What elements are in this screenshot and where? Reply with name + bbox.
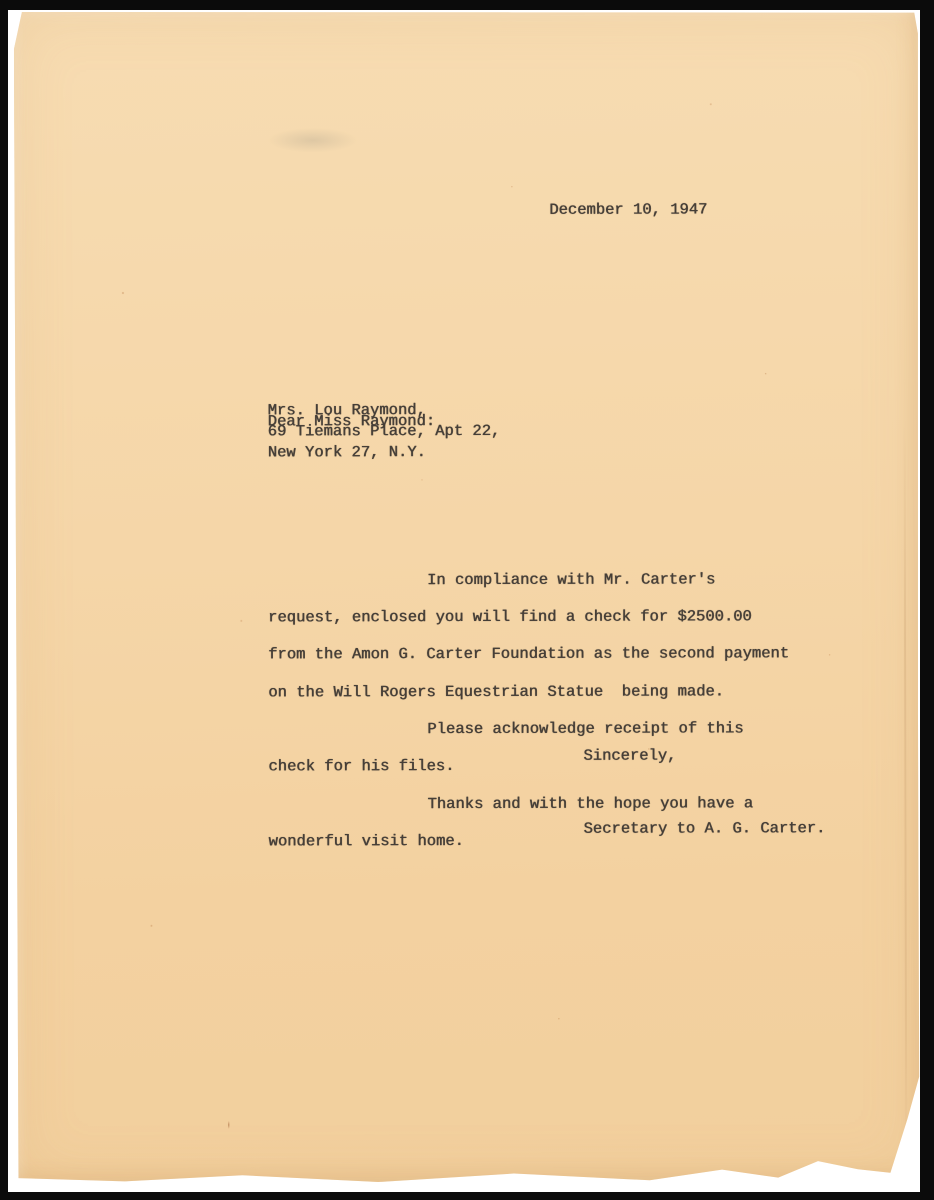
recipient-address: Mrs. Lou Raymond,69 Tiemans Place, Apt 2… xyxy=(267,337,500,463)
scan-background: December 10, 1947 Mrs. Lou Raymond,69 Ti… xyxy=(8,10,920,1192)
body-line: Please acknowledge receipt of this xyxy=(268,710,848,749)
body-line: In compliance with Mr. Carter's xyxy=(268,561,848,600)
body-line: Thanks and with the hope you have a xyxy=(268,785,848,824)
body-line: on the Will Rogers Equestrian Statue bei… xyxy=(268,673,848,712)
body-line: from the Amon G. Carter Foundation as th… xyxy=(268,636,848,675)
letter-paper: December 10, 1947 Mrs. Lou Raymond,69 Ti… xyxy=(14,10,921,1184)
salutation: Dear Miss Raymond: xyxy=(268,412,435,430)
body-line: check for his files. xyxy=(268,748,848,787)
body-line: request, enclosed you will find a check … xyxy=(268,598,848,637)
signature-line: Secretary to A. G. Carter. xyxy=(583,819,825,838)
letter-body: In compliance with Mr. Carter'srequest, … xyxy=(268,449,849,860)
letter-date: December 10, 1947 xyxy=(549,200,707,218)
closing: Sincerely, xyxy=(583,747,676,765)
